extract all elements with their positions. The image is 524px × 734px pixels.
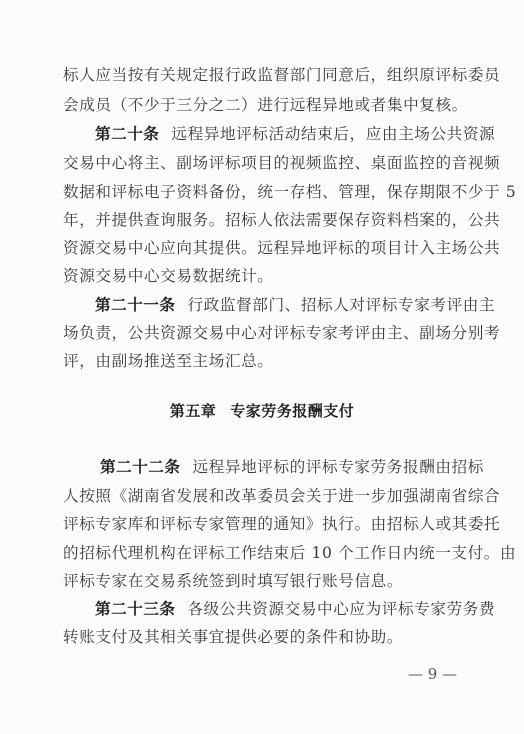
- article-23-first-line: 第二十三条各级公共资源交易中心应为评标专家劳务费: [95, 598, 465, 620]
- text-line: 场负责，公共资源交易中心对评标专家考评由主、副场分别考: [63, 322, 465, 344]
- chapter-number: 第五章: [170, 402, 217, 420]
- text-line: 各级公共资源交易中心应为评标专家劳务费: [187, 600, 495, 618]
- text-line: 评，由副场推送至主场汇总。: [63, 350, 465, 372]
- text-line: 评标专家在交易系统签到时填写银行账号信息。: [63, 570, 465, 592]
- article-20-first-line: 第二十条远程异地评标活动结束后，应由主场公共资源: [95, 123, 465, 145]
- text-line: 标人应当按有关规定报行政监督部门同意后，组织原评标委员: [63, 64, 465, 86]
- article-heading: 第二十一条: [95, 296, 175, 314]
- article-22-first-line: 第二十二条远程异地评标的评标专家劳务报酬由招标: [100, 456, 465, 478]
- text-line: 转账支付及其相关事宜提供必要的条件和协助。: [63, 626, 465, 648]
- article-heading: 第二十条: [95, 125, 159, 143]
- text-line: 数据和评标电子资料备份，统一存档、管理，保存期限不少于 5: [63, 181, 465, 203]
- text-line: 会成员（不少于三分之二）进行远程异地或者集中复核。: [63, 94, 465, 116]
- text-line: 的招标代理机构在评标工作结束后 10 个工作日内统一支付。由: [63, 542, 465, 564]
- text-line: 资源交易中心应向其提供。远程异地评标的项目计入主场公共: [63, 237, 465, 259]
- article-21-first-line: 第二十一条行政监督部门、招标人对评标专家考评由主: [95, 294, 465, 316]
- text-line: 远程异地评标的评标专家劳务报酬由招标: [192, 458, 484, 476]
- text-line: 评标专家库和评标专家管理的通知》执行。由招标人或其委托: [63, 513, 465, 535]
- text-line: 交易中心将主、副场评标项目的视频监控、桌面监控的音视频: [63, 152, 465, 174]
- text-line: 远程异地评标活动结束后，应由主场公共资源: [171, 125, 495, 143]
- article-heading: 第二十二条: [100, 458, 180, 476]
- text-line: 行政监督部门、招标人对评标专家考评由主: [187, 296, 495, 314]
- chapter-heading: 第五章专家劳务报酬支付: [0, 400, 524, 421]
- text-line: 年，并提供查询服务。招标人依法需要保存资料档案的，公共: [63, 209, 465, 231]
- article-heading: 第二十三条: [95, 600, 175, 618]
- text-line: 资源交易中心交易数据统计。: [63, 265, 465, 287]
- chapter-title: 专家劳务报酬支付: [230, 402, 354, 420]
- document-page: 标人应当按有关规定报行政监督部门同意后，组织原评标委员 会成员（不少于三分之二）…: [0, 0, 524, 734]
- page-number: — 9 —: [408, 665, 457, 683]
- text-line: 人按照《湖南省发展和改革委员会关于进一步加强湖南省综合: [63, 485, 465, 507]
